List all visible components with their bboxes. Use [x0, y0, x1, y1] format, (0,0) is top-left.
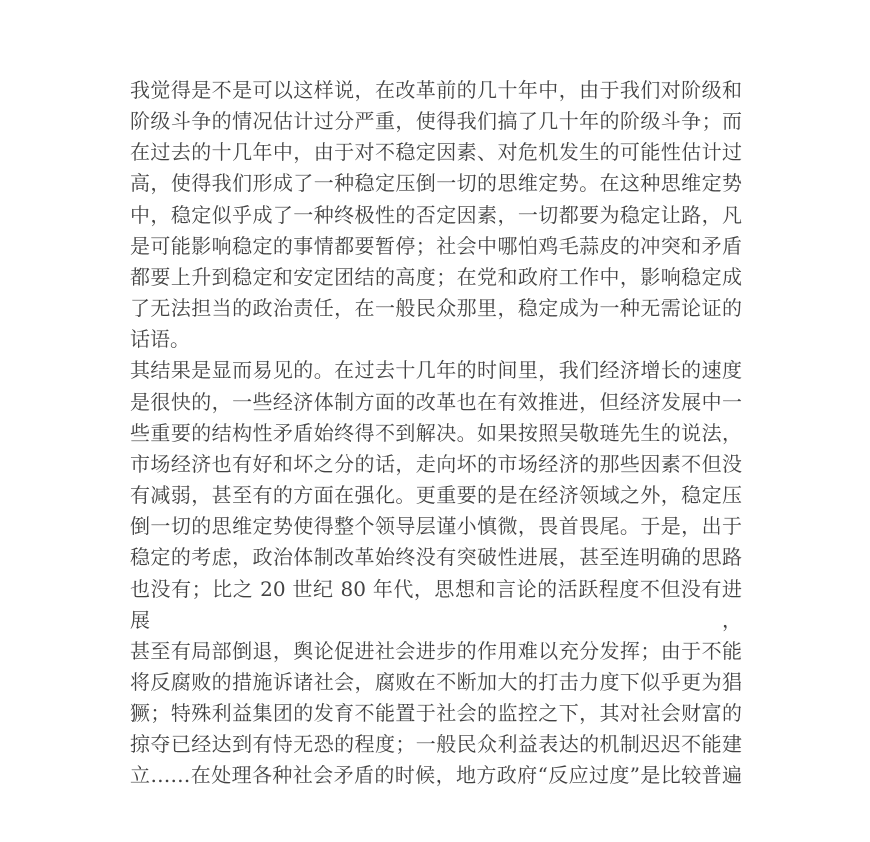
- text-line: 稳定的考虑，政治体制改革始终没有突破性进展，甚至连明确的思路: [130, 542, 742, 573]
- text-line: 阶级斗争的情况估计过分严重，使得我们搞了几十年的阶级斗争；而: [130, 106, 742, 137]
- text-line: 将反腐败的措施诉诸社会，腐败在不断加大的打击力度下似乎更为猖: [130, 667, 742, 698]
- text-line: 在过去的十几年中，由于对不稳定因素、对危机发生的可能性估计过: [130, 137, 742, 168]
- text-line: 高，使得我们形成了一种稳定压倒一切的思维定势。在这种思维定势: [130, 168, 742, 199]
- text-line: 甚至有局部倒退，舆论促进社会进步的作用难以充分发挥；由于不能: [130, 636, 742, 667]
- text-line: 中，稳定似乎成了一种终极性的否定因素，一切都要为稳定让路，凡: [130, 200, 742, 231]
- text-line: 立……在处理各种社会矛盾的时候，地方政府“反应过度”是比较普遍: [130, 760, 742, 791]
- text-line: 都要上升到稳定和安定团结的高度；在党和政府工作中，影响稳定成: [130, 262, 742, 293]
- paragraph-1: 我觉得是不是可以这样说，在改革前的几十年中，由于我们对阶级和阶级斗争的情况估计过…: [130, 75, 742, 355]
- document-page: 我觉得是不是可以这样说，在改革前的几十年中，由于我们对阶级和阶级斗争的情况估计过…: [0, 0, 870, 842]
- text-line: 倒一切的思维定势使得整个领导层谨小慎微，畏首畏尾。于是，出于: [130, 511, 742, 542]
- text-line: 了无法担当的政治责任，在一般民众那里，稳定成为一种无需论证的: [130, 293, 742, 324]
- text-line: 掠夺已经达到有恃无恐的程度；一般民众利益表达的机制迟迟不能建: [130, 729, 742, 760]
- text-line: 有减弱，甚至有的方面在强化。更重要的是在经济领域之外，稳定压: [130, 480, 742, 511]
- text-line: 也没有；比之 20 世纪 80 年代，思想和言论的活跃程度不但没有进展，: [130, 574, 742, 636]
- paragraph-2: 其结果是显而易见的。在过去十几年的时间里，我们经济增长的速度是很快的，一些经济体…: [130, 355, 742, 791]
- text-line: 话语。: [130, 324, 742, 355]
- text-block: 我觉得是不是可以这样说，在改革前的几十年中，由于我们对阶级和阶级斗争的情况估计过…: [130, 75, 742, 792]
- text-line: 是可能影响稳定的事情都要暂停；社会中哪怕鸡毛蒜皮的冲突和矛盾: [130, 231, 742, 262]
- text-line: 是很快的，一些经济体制方面的改革也在有效推进，但经济发展中一: [130, 387, 742, 418]
- text-line: 我觉得是不是可以这样说，在改革前的几十年中，由于我们对阶级和: [130, 75, 742, 106]
- text-line: 獗；特殊利益集团的发育不能置于社会的监控之下，其对社会财富的: [130, 698, 742, 729]
- text-line: 其结果是显而易见的。在过去十几年的时间里，我们经济增长的速度: [130, 355, 742, 386]
- text-line: 些重要的结构性矛盾始终得不到解决。如果按照吴敬琏先生的说法，: [130, 418, 742, 449]
- text-line: 市场经济也有好和坏之分的话，走向坏的市场经济的那些因素不但没: [130, 449, 742, 480]
